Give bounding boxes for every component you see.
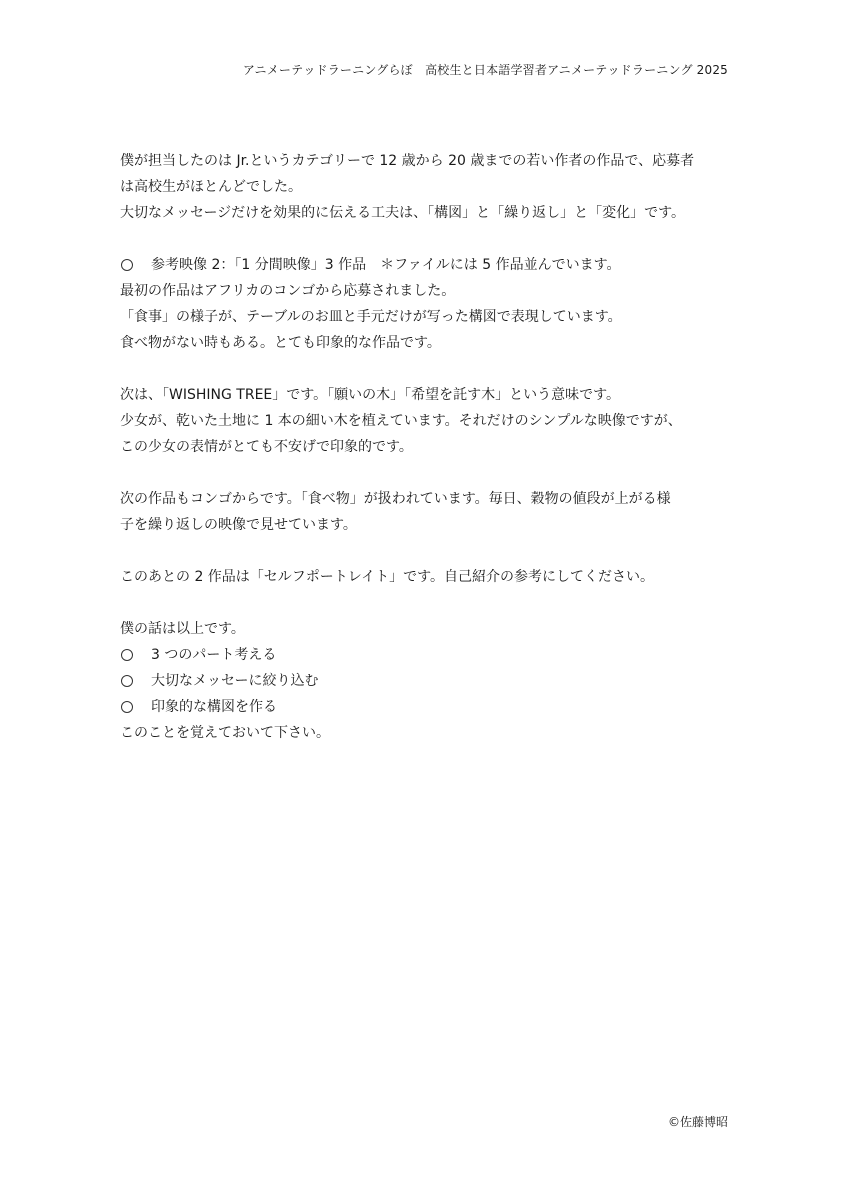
reference-label: 参考映像 2：「1 分間映像」3 作品 ＊ファイルには 5 作品並んでいます。	[151, 252, 620, 278]
page-header: アニメーテッドラーニングらぼ 高校生と日本語学習者アニメーテッドラーニング 20…	[243, 61, 728, 78]
paragraph-congo-food: 次の作品もコンゴからです。「食べ物」が扱われています。毎日、穀物の値段が上がる様…	[120, 486, 740, 538]
text-line: 大切なメッセージだけを効果的に伝える工夫は、「構図」と「繰り返し」と「変化」です…	[120, 200, 740, 226]
closing-point: 印象的な構図を作る	[120, 694, 740, 720]
spacer	[120, 460, 740, 486]
text-line: 次の作品もコンゴからです。「食べ物」が扱われています。毎日、穀物の値段が上がる様	[120, 486, 740, 512]
text-line: 「食事」の様子が、テーブルのお皿と手元だけが写った構図で表現しています。	[120, 304, 740, 330]
circle-bullet-icon	[121, 701, 133, 713]
copyright: ©佐藤博昭	[668, 1113, 728, 1130]
text-line: 僕が担当したのは Jr.というカテゴリーで 12 歳から 20 歳までの若い作者…	[120, 148, 740, 174]
closing-point-text: 大切なメッセーに絞り込む	[151, 668, 318, 694]
circle-bullet-icon	[121, 649, 133, 661]
spacer	[120, 226, 740, 252]
reference-bullet: 参考映像 2：「1 分間映像」3 作品 ＊ファイルには 5 作品並んでいます。	[120, 252, 740, 278]
paragraph-reference: 参考映像 2：「1 分間映像」3 作品 ＊ファイルには 5 作品並んでいます。 …	[120, 252, 740, 356]
text-line: このあとの 2 作品は「セルフポートレイト」です。自己紹介の参考にしてください。	[120, 564, 740, 590]
closing-point-text: 印象的な構図を作る	[151, 694, 277, 720]
text-line: このことを覚えておいて下さい。	[120, 720, 740, 746]
paragraph-closing: 僕の話は以上です。 3 つのパート考える 大切なメッセーに絞り込む 印象的な構図…	[120, 616, 740, 746]
circle-bullet-icon	[121, 259, 133, 271]
text-line: 次は、「WISHING TREE」です。「願いの木」「希望を託す木」という意味で…	[120, 382, 740, 408]
spacer	[120, 356, 740, 382]
text-line: は高校生がほとんどでした。	[120, 174, 740, 200]
circle-bullet-icon	[121, 675, 133, 687]
text-line: 最初の作品はアフリカのコンゴから応募されました。	[120, 278, 740, 304]
text-line: 僕の話は以上です。	[120, 616, 740, 642]
spacer	[120, 538, 740, 564]
closing-point: 3 つのパート考える	[120, 642, 740, 668]
paragraph-wishing-tree: 次は、「WISHING TREE」です。「願いの木」「希望を託す木」という意味で…	[120, 382, 740, 460]
text-line: この少女の表情がとても不安げで印象的です。	[120, 434, 740, 460]
text-line: 食べ物がない時もある。とても印象的な作品です。	[120, 330, 740, 356]
text-line: 少女が、乾いた土地に 1 本の細い木を植えています。それだけのシンプルな映像です…	[120, 408, 740, 434]
document-body: 僕が担当したのは Jr.というカテゴリーで 12 歳から 20 歳までの若い作者…	[120, 148, 740, 746]
text-line: 子を繰り返しの映像で見せています。	[120, 512, 740, 538]
closing-point: 大切なメッセーに絞り込む	[120, 668, 740, 694]
spacer	[120, 590, 740, 616]
paragraph-intro: 僕が担当したのは Jr.というカテゴリーで 12 歳から 20 歳までの若い作者…	[120, 148, 740, 226]
paragraph-self-portrait: このあとの 2 作品は「セルフポートレイト」です。自己紹介の参考にしてください。	[120, 564, 740, 590]
closing-point-text: 3 つのパート考える	[151, 642, 276, 668]
